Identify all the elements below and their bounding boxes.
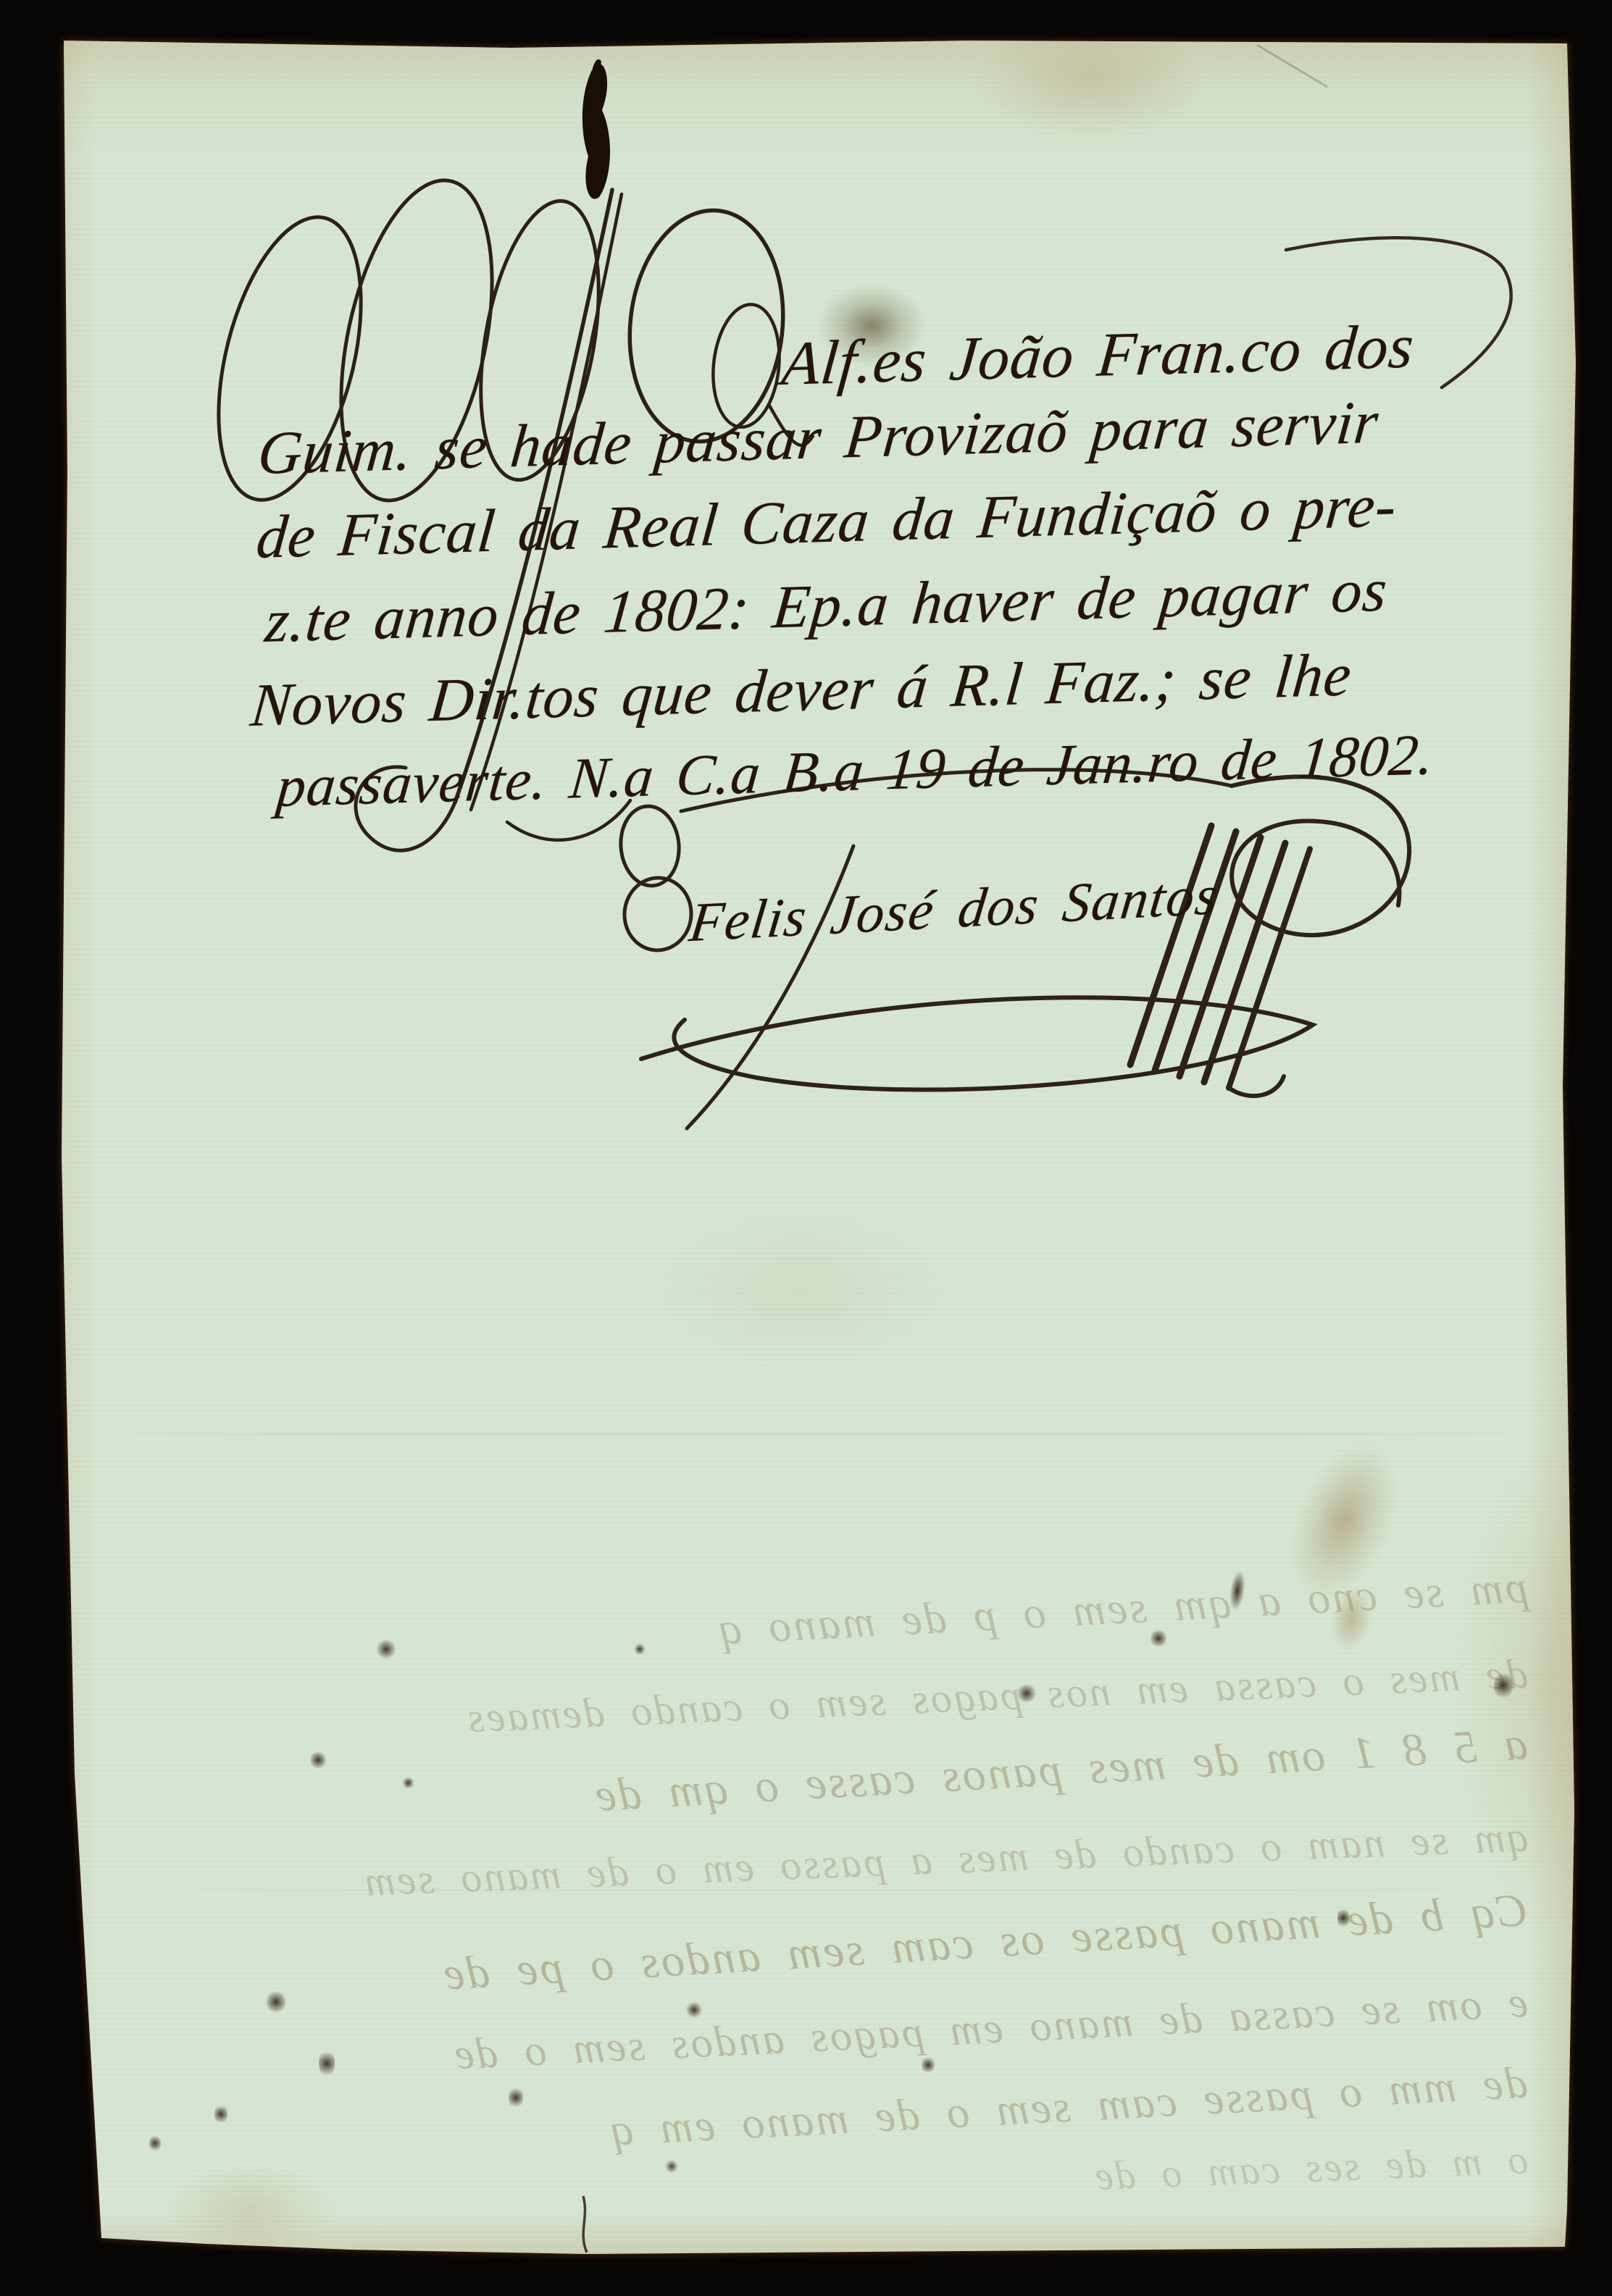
ink-speck	[149, 2134, 161, 2153]
ink-speck	[1016, 1685, 1037, 1702]
ink-speck	[319, 2048, 335, 2079]
ink-speck	[1150, 1628, 1166, 1648]
ink-speck	[214, 2103, 227, 2125]
fold-crease	[65, 1433, 1572, 1435]
dark-ink-dot	[665, 2160, 678, 2173]
ink-speck	[377, 1638, 396, 1660]
ink-speck	[635, 1643, 645, 1656]
ink-speck	[310, 1750, 326, 1770]
photograph-stage: pm se cno a qm sem o p de mano q de mes …	[0, 0, 1612, 2296]
ink-speck	[922, 2056, 935, 2074]
ink-speck	[1494, 1670, 1513, 1701]
ink-speck	[403, 1776, 414, 1790]
ink-speck	[685, 2002, 703, 2018]
ink-speck	[267, 1989, 285, 2015]
ink-speck	[1337, 1906, 1349, 1930]
ink-speck	[509, 2086, 523, 2109]
